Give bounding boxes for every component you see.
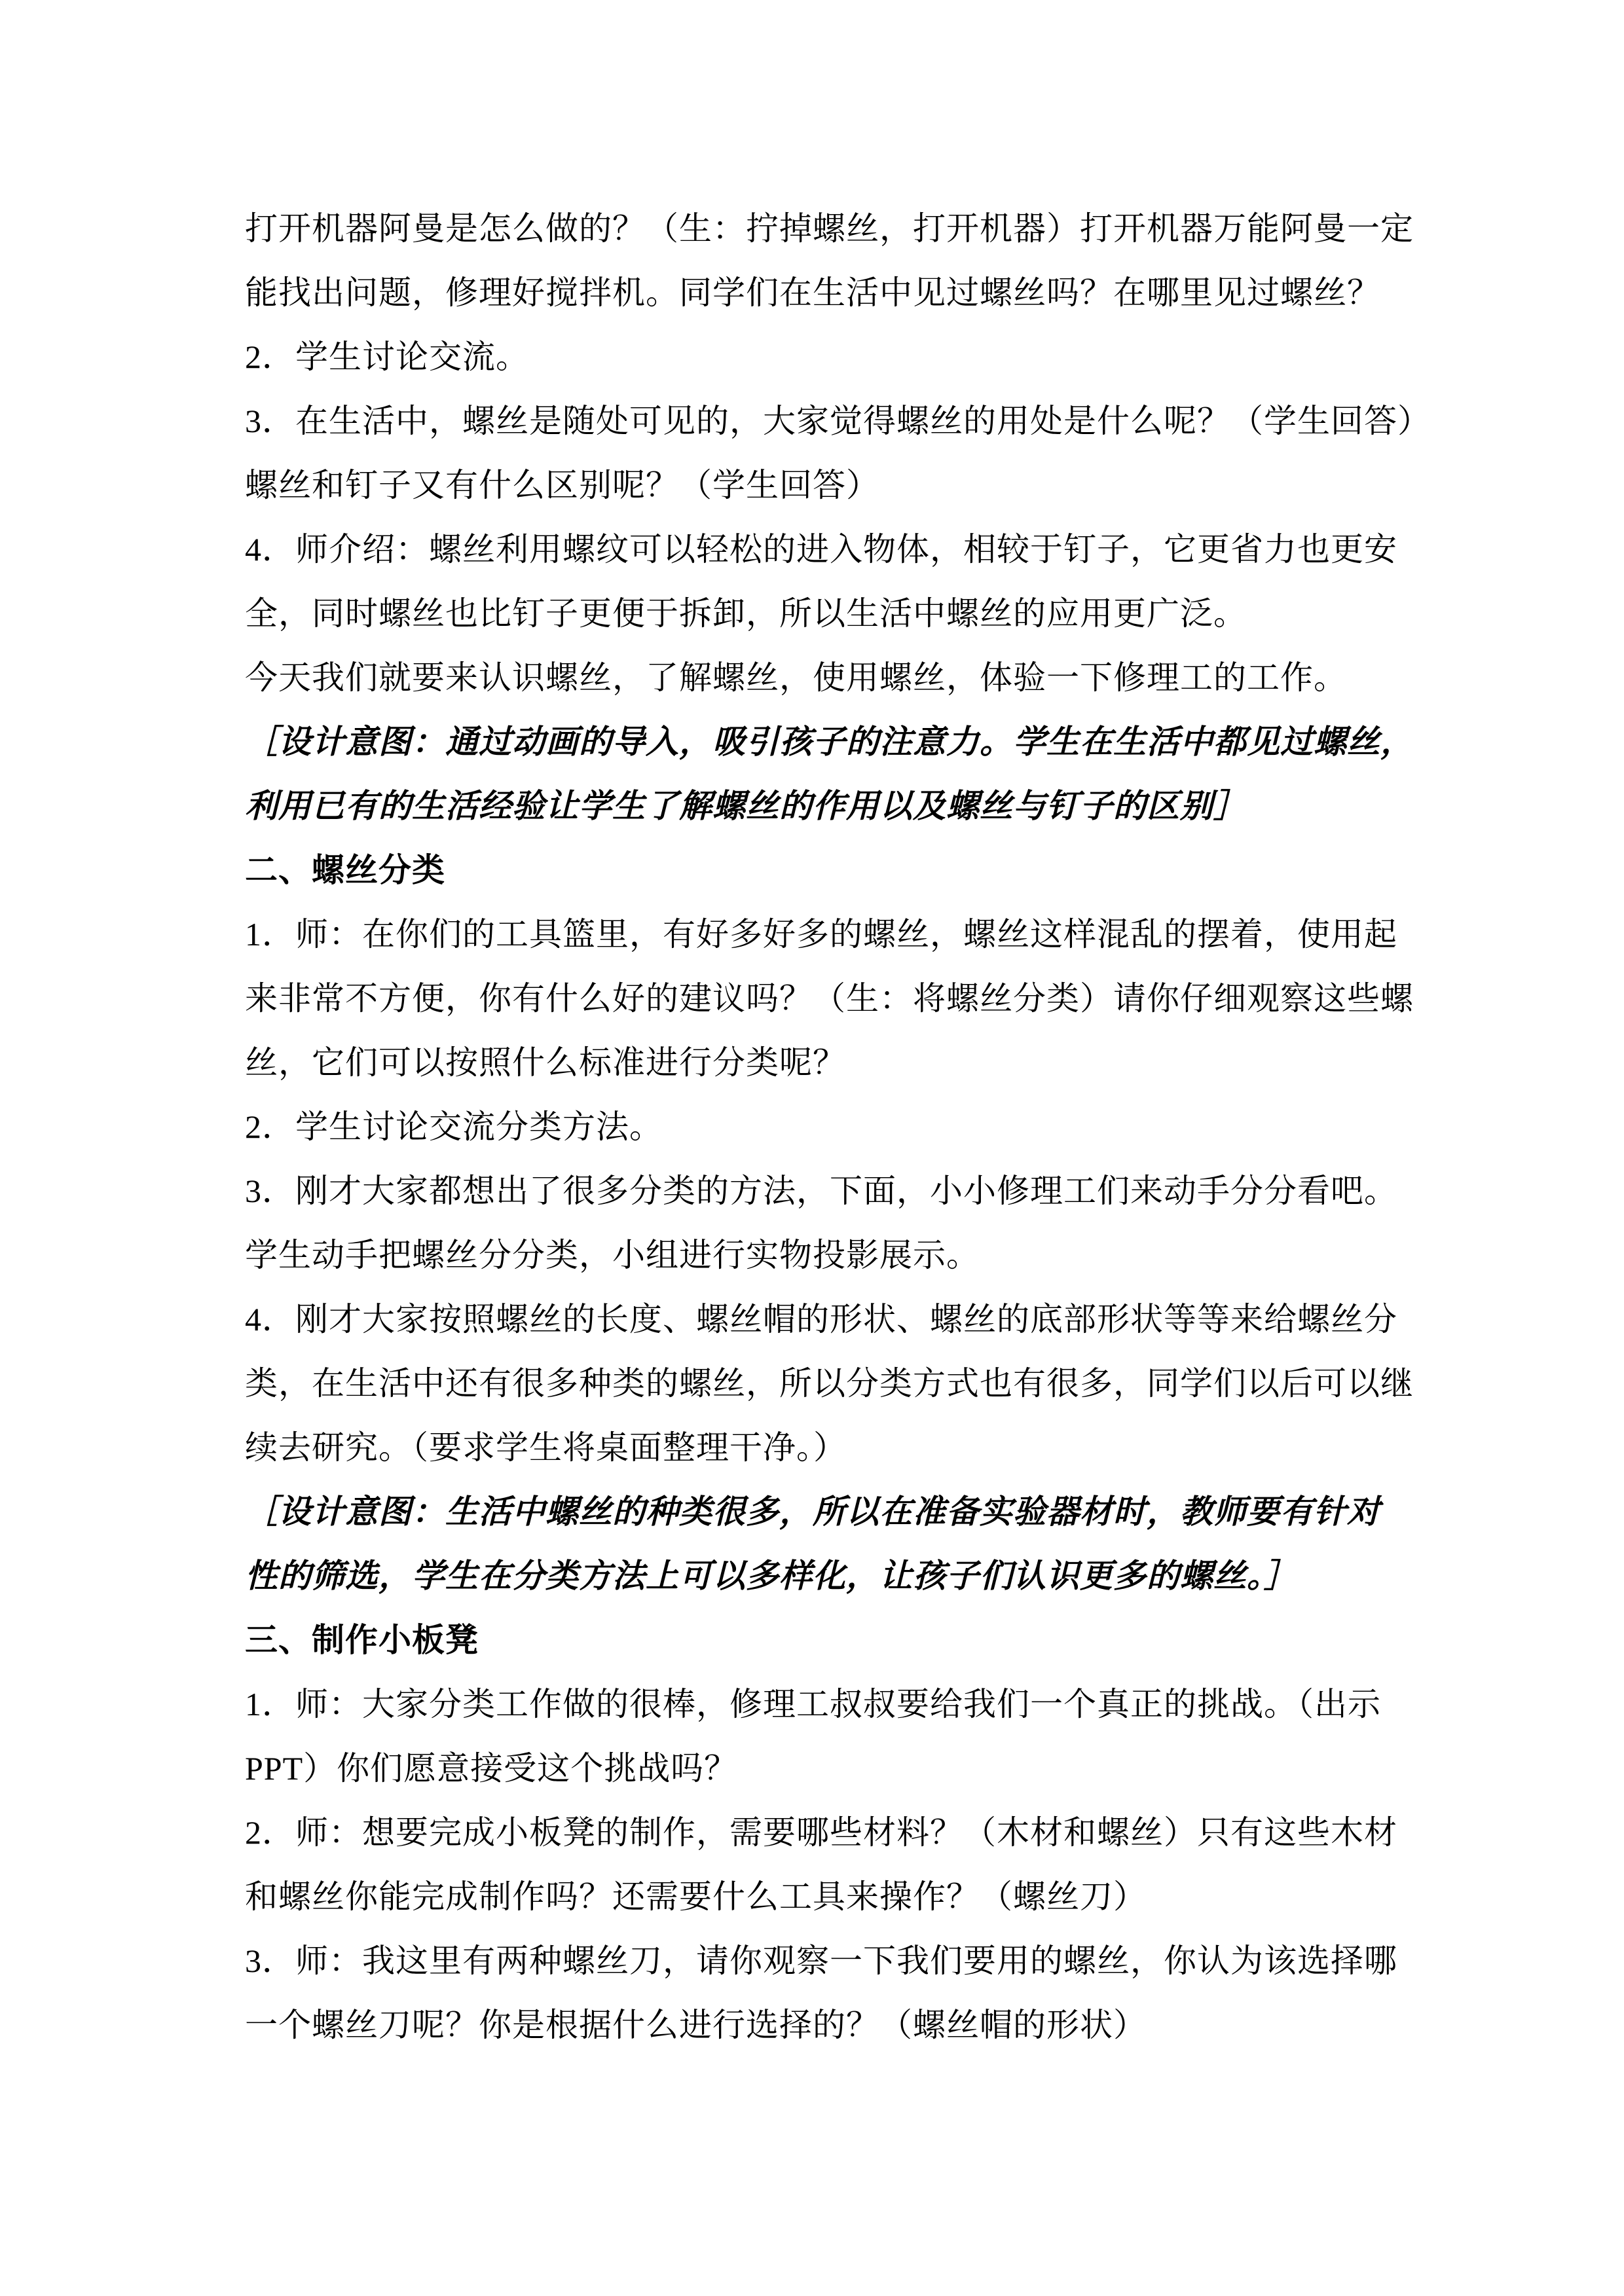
text-line: 3．在生活中，螺丝是随处可见的，大家觉得螺丝的用处是什么呢？（学生回答） <box>245 389 1384 453</box>
text-line: 和螺丝你能完成制作吗？还需要什么工具来操作？（螺丝刀） <box>245 1865 1384 1929</box>
text-line: 一个螺丝刀呢？你是根据什么进行选择的？（螺丝帽的形状） <box>245 1993 1384 2057</box>
design-intent-line: 利用已有的生活经验让学生了解螺丝的作用以及螺丝与钉子的区别］ <box>245 774 1384 838</box>
text-line: 丝，它们可以按照什么标准进行分类呢？ <box>245 1030 1384 1095</box>
text-line: 能找出问题，修理好搅拌机。同学们在生活中见过螺丝吗？在哪里见过螺丝？ <box>245 261 1384 325</box>
text-line: 3．刚才大家都想出了很多分类的方法，下面，小小修理工们来动手分分看吧。 <box>245 1159 1384 1223</box>
text-line: 螺丝和钉子又有什么区别呢？（学生回答） <box>245 453 1384 517</box>
text-line: 1．师：大家分类工作做的很棒，修理工叔叔要给我们一个真正的挑战。（出示 <box>245 1672 1384 1736</box>
text-line: 2．学生讨论交流分类方法。 <box>245 1095 1384 1159</box>
text-line: 续去研究。（要求学生将桌面整理干净。） <box>245 1415 1384 1480</box>
text-line: 4．师介绍：螺丝利用螺纹可以轻松的进入物体，相较于钉子，它更省力也更安 <box>245 517 1384 581</box>
text-line: 今天我们就要来认识螺丝，了解螺丝，使用螺丝，体验一下修理工的工作。 <box>245 646 1384 710</box>
text-line: 打开机器阿曼是怎么做的？（生：拧掉螺丝，打开机器）打开机器万能阿曼一定 <box>245 196 1384 261</box>
design-intent-line: ［设计意图：通过动画的导入，吸引孩子的注意力。学生在生活中都见过螺丝， <box>245 710 1384 774</box>
text-line: 2．学生讨论交流。 <box>245 325 1384 389</box>
document-page: 打开机器阿曼是怎么做的？（生：拧掉螺丝，打开机器）打开机器万能阿曼一定 能找出问… <box>0 0 1624 2296</box>
text-line: 1．师：在你们的工具篮里，有好多好多的螺丝，螺丝这样混乱的摆着，使用起 <box>245 902 1384 966</box>
text-line: PPT）你们愿意接受这个挑战吗？ <box>245 1736 1384 1800</box>
text-line: 来非常不方便，你有什么好的建议吗？（生：将螺丝分类）请你仔细观察这些螺 <box>245 966 1384 1030</box>
section-heading-screw-classification: 二、螺丝分类 <box>245 838 1384 902</box>
text-line: 4．刚才大家按照螺丝的长度、螺丝帽的形状、螺丝的底部形状等等来给螺丝分 <box>245 1287 1384 1351</box>
text-line: 全，同时螺丝也比钉子更便于拆卸，所以生活中螺丝的应用更广泛。 <box>245 581 1384 646</box>
text-line: 2．师：想要完成小板凳的制作，需要哪些材料？（木材和螺丝）只有这些木材 <box>245 1800 1384 1865</box>
document-body: 打开机器阿曼是怎么做的？（生：拧掉螺丝，打开机器）打开机器万能阿曼一定 能找出问… <box>245 196 1384 2057</box>
text-line: 3．师：我这里有两种螺丝刀，请你观察一下我们要用的螺丝，你认为该选择哪 <box>245 1929 1384 1993</box>
text-line: 类，在生活中还有很多种类的螺丝，所以分类方式也有很多，同学们以后可以继 <box>245 1351 1384 1415</box>
section-heading-make-stool: 三、制作小板凳 <box>245 1608 1384 1672</box>
text-line: 学生动手把螺丝分分类，小组进行实物投影展示。 <box>245 1223 1384 1287</box>
design-intent-line: 性的筛选，学生在分类方法上可以多样化，让孩子们认识更多的螺丝。］ <box>245 1544 1384 1608</box>
design-intent-line: ［设计意图：生活中螺丝的种类很多，所以在准备实验器材时，教师要有针对 <box>245 1480 1384 1544</box>
